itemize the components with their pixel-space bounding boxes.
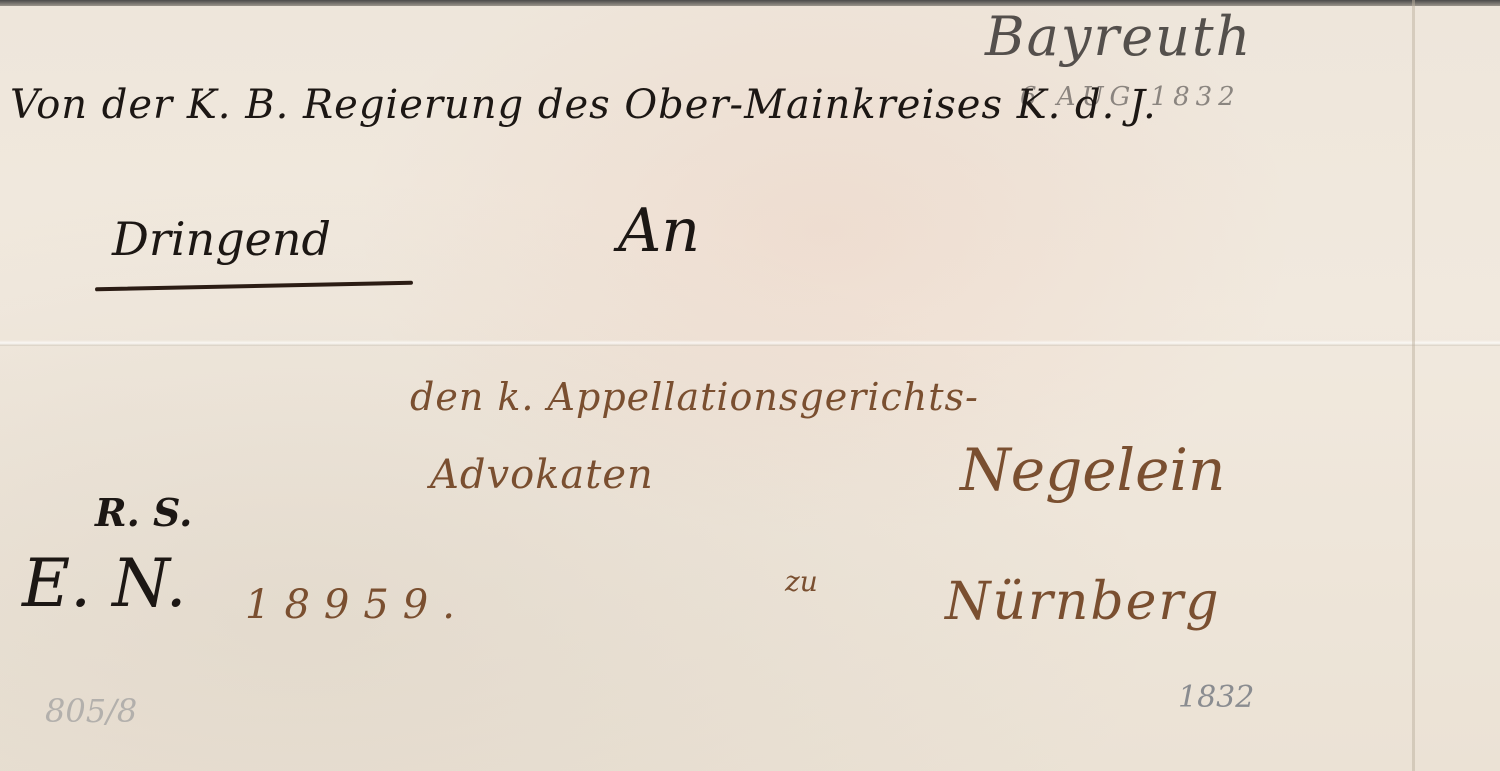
postmark-town: Bayreuth — [985, 5, 1252, 68]
service-mark: R. S. — [95, 490, 192, 535]
destination-city: Nürnberg — [945, 572, 1221, 632]
horizontal-fold-line — [0, 340, 1500, 346]
urgency-note: Dringend — [112, 212, 331, 266]
pencil-reference-note: 805/8 — [45, 692, 137, 730]
top-edge-shadow — [0, 0, 1500, 6]
address-preposition: zu — [785, 565, 818, 598]
register-prefix: E. N. — [22, 545, 187, 622]
address-line-1: den k. Appellationsgerichts- — [410, 375, 979, 419]
pencil-year-note: 1832 — [1178, 680, 1254, 715]
addressee-name: Negelein — [960, 436, 1225, 504]
vertical-fold-line — [1412, 0, 1415, 771]
salutation: An — [618, 196, 700, 266]
letter-paper: Bayreuth 6 AUG 1832 Von der K. B. Regier… — [0, 0, 1500, 771]
sender-line: Von der K. B. Regierung des Ober-Mainkre… — [10, 82, 1157, 128]
address-title: Advokaten — [430, 452, 654, 498]
register-number: 18959. — [245, 582, 469, 628]
urgency-underline — [95, 281, 413, 292]
